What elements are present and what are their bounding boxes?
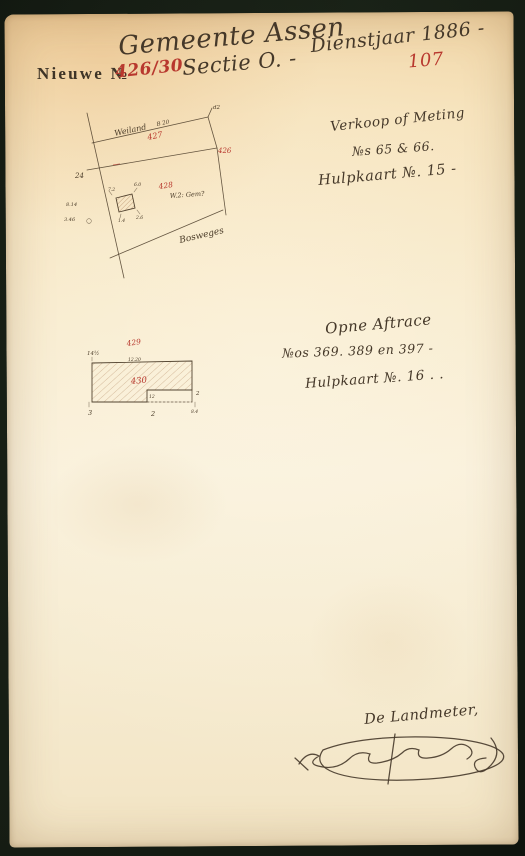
measure-label: 8.4 [191,409,198,415]
boundary-marker-circle [87,219,92,224]
edge-measure-346: 3.46 [64,217,76,223]
strip-name-label: Weiland [114,122,148,138]
building-measure: 7.2 [108,187,115,193]
measure-label: 14½ [87,350,99,357]
building-footprint [116,194,135,212]
gem-label: W.2: Gem? [170,190,206,200]
sketch-parcel-1: d2 Weiland B 20 427 426 428 W.2: Gem? 24… [60,103,265,285]
folio-number-red: 107 [407,48,445,72]
parcel-number-430: 430 [129,376,148,388]
boundary-line-strip-bottom [87,148,217,170]
building-measure: 2.6 [135,215,143,221]
corner-tick [208,108,212,117]
parcel-number-426: 426 [217,147,232,155]
signature-loop [320,737,504,780]
parcel-number-427: 427 [146,130,165,142]
boundary-line-right [208,117,226,215]
measure-label: 2 [195,391,200,397]
measure-label: 12 [149,394,155,400]
building-measure: 1.4 [118,218,125,224]
edge-measure-814: 8.14 [66,202,77,208]
measure-label: 3 [88,409,92,417]
measure-label: 2 [150,410,155,418]
measure-tick [137,210,140,214]
signature-script [299,744,472,767]
parcel-number-428: 428 [157,180,174,191]
boundary-line-left [87,113,124,278]
building-measure: 6.0 [134,182,141,188]
parcel-number-429: 429 [125,337,142,348]
paper-stain [308,572,469,713]
measure-tick [120,214,121,218]
scanned-cadastral-document: { "header": { "gemeente": "Gemeente Asse… [0,0,525,856]
sketch-parcel-2: 429 430 14½ 12.20 12 2 3 2 8.4 [83,333,213,425]
edge-measure-24: 24 [74,172,84,180]
measure-tick [134,188,137,192]
measure-label: 12.20 [128,357,141,363]
paper-stain [47,443,228,564]
corner-mark-label: d2 [213,105,221,111]
road-name-label: Bosweges [177,226,225,246]
signature-flourish [295,722,520,792]
